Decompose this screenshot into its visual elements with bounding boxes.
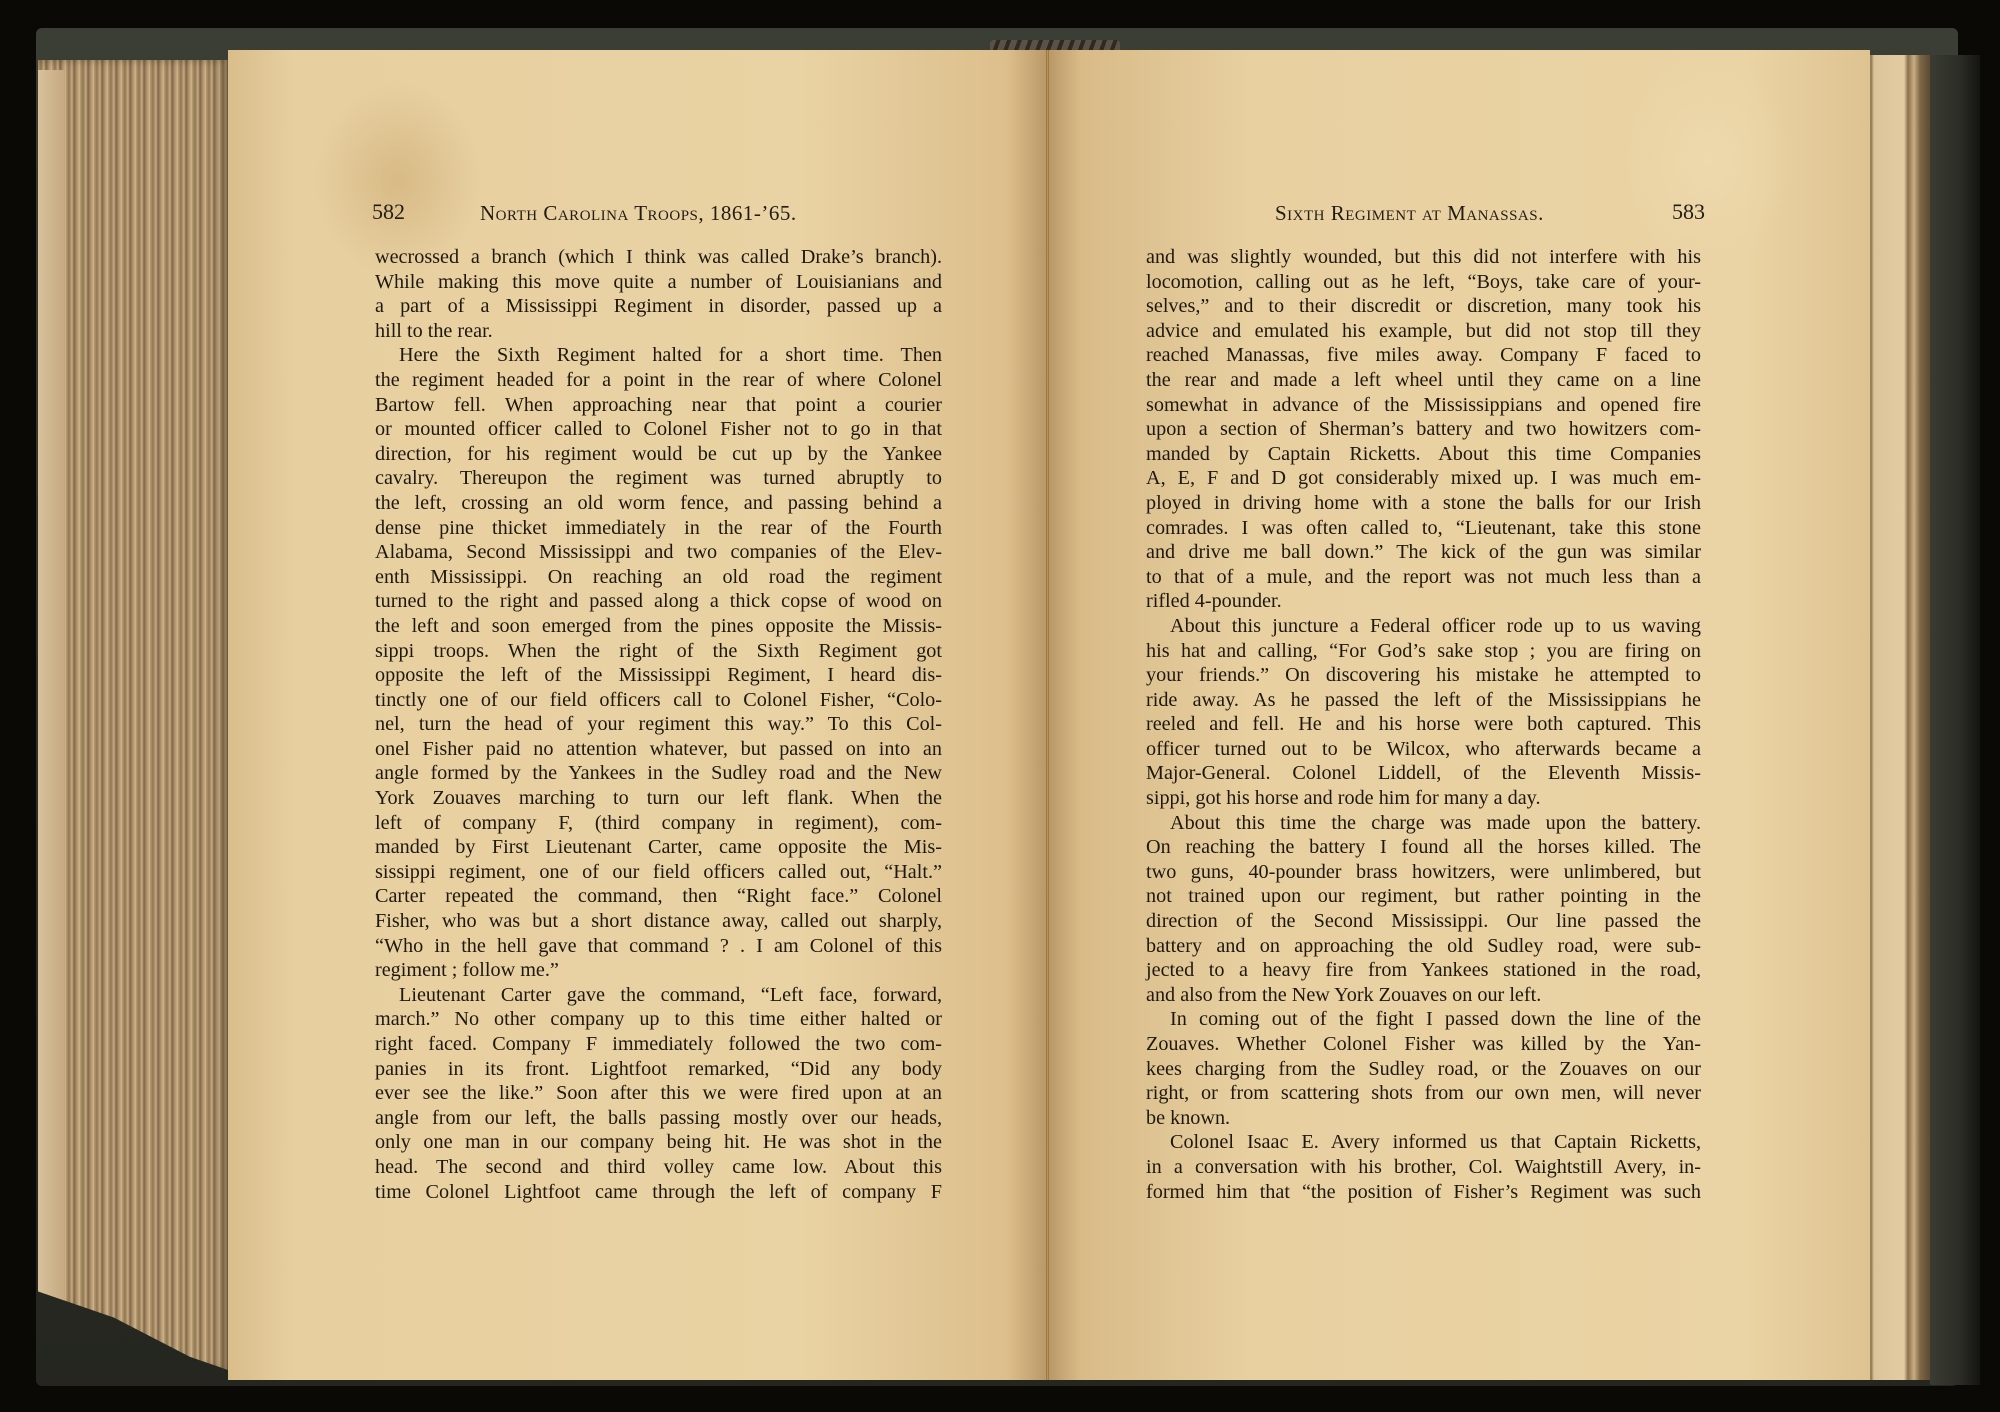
text-line: officer turned out to be Wilcox, who aft… (1146, 737, 1701, 762)
text-line: and drive me ball down.” The kick of the… (1146, 540, 1701, 565)
text-line: ployed in driving home with a stone the … (1146, 491, 1701, 516)
text-line: jected to a heavy fire from Yankees stat… (1146, 958, 1701, 983)
text-line: rifled 4-pounder. (1146, 589, 1701, 614)
text-line: head. The second and third volley came l… (375, 1155, 942, 1180)
text-line: onel Fisher paid no attention whatever, … (375, 737, 942, 762)
left-page-number: 582 (372, 199, 405, 225)
text-line: kees charging from the Sudley road, or t… (1146, 1057, 1701, 1082)
book-cover-edge (1930, 55, 1980, 1385)
text-line: sippi, got his horse and rode him for ma… (1146, 786, 1701, 811)
text-line: turned to the right and passed along a t… (375, 589, 942, 614)
text-line: Zouaves. Whether Colonel Fisher was kill… (1146, 1032, 1701, 1057)
text-line: advice and emulated his example, but did… (1146, 319, 1701, 344)
text-line: ride away. As he passed the left of the … (1146, 688, 1701, 713)
text-line: the rear and made a left wheel until the… (1146, 368, 1701, 393)
text-line: the regiment headed for a point in the r… (375, 368, 942, 393)
text-line: only one man in our company being hit. H… (375, 1130, 942, 1155)
right-running-head: Sixth Regiment at Manassas. (1275, 201, 1544, 226)
left-page-body: wecrossed a branch (which I think was ca… (375, 245, 942, 1204)
text-line: In coming out of the fight I passed down… (1146, 1007, 1701, 1032)
text-line: somewhat in advance of the Mississippian… (1146, 393, 1701, 418)
text-line: Fisher, who was but a short distance awa… (375, 909, 942, 934)
text-line: panies in its front. Lightfoot remarked,… (375, 1057, 942, 1082)
text-line: locomotion, calling out as he left, “Boy… (1146, 270, 1701, 295)
text-line: battery and on approaching the old Sudle… (1146, 934, 1701, 959)
outer-sheet (38, 70, 64, 1315)
text-line: in a conversation with his brother, Col.… (1146, 1155, 1701, 1180)
text-line: to that of a mule, and the report was no… (1146, 565, 1701, 590)
text-line: sippi troops. When the right of the Sixt… (375, 639, 942, 664)
text-line: A, E, F and D got considerably mixed up.… (1146, 466, 1701, 491)
text-line: York Zouaves marching to turn our left f… (375, 786, 942, 811)
text-line: not trained upon our regiment, but rathe… (1146, 884, 1701, 909)
text-line: Lieutenant Carter gave the command, “Lef… (375, 983, 942, 1008)
text-line: a part of a Mississippi Regiment in diso… (375, 294, 942, 319)
text-line: upon a section of Sherman’s battery and … (1146, 417, 1701, 442)
text-line: hill to the rear. (375, 319, 942, 344)
text-line: wecrossed a branch (which I think was ca… (375, 245, 942, 270)
text-line: About this juncture a Federal officer ro… (1146, 614, 1701, 639)
text-line: “Who in the hell gave that command ? . I… (375, 934, 942, 959)
text-line: angle from our left, the balls passing m… (375, 1106, 942, 1131)
text-line: reeled and fell. He and his horse were b… (1146, 712, 1701, 737)
gutter (1046, 50, 1049, 1380)
text-line: On reaching the battery I found all the … (1146, 835, 1701, 860)
text-line: Alabama, Second Mississippi and two comp… (375, 540, 942, 565)
text-line: About this time the charge was made upon… (1146, 811, 1701, 836)
text-line: Bartow fell. When approaching near that … (375, 393, 942, 418)
text-line: or mounted officer called to Colonel Fis… (375, 417, 942, 442)
text-line: tinctly one of our field officers call t… (375, 688, 942, 713)
text-line: reached Manassas, five miles away. Compa… (1146, 343, 1701, 368)
text-line: the left, crossing an old worm fence, an… (375, 491, 942, 516)
text-line: regiment ; follow me.” (375, 958, 942, 983)
text-line: While making this move quite a number of… (375, 270, 942, 295)
text-line: ever see the like.” Soon after this we w… (375, 1081, 942, 1106)
text-line: opposite the left of the Mississippi Reg… (375, 663, 942, 688)
text-line: dense pine thicket immediately in the re… (375, 516, 942, 541)
left-fore-edge-pages (38, 60, 228, 1370)
right-page-number: 583 (1672, 199, 1705, 225)
text-line: direction of the Second Mississippi. Our… (1146, 909, 1701, 934)
text-line: march.” No other company up to this time… (375, 1007, 942, 1032)
text-line: comrades. I was often called to, “Lieute… (1146, 516, 1701, 541)
text-line: two guns, 40-pounder brass howitzers, we… (1146, 860, 1701, 885)
text-line: your friends.” On discovering his mistak… (1146, 663, 1701, 688)
text-line: right faced. Company F immediately follo… (375, 1032, 942, 1057)
text-line: angle formed by the Yankees in the Sudle… (375, 761, 942, 786)
text-line: left of company F, (third company in reg… (375, 811, 942, 836)
text-line: his hat and calling, “For God’s sake sto… (1146, 639, 1701, 664)
text-line: Major-General. Colonel Liddell, of the E… (1146, 761, 1701, 786)
text-line: nel, turn the head of your regiment this… (375, 712, 942, 737)
text-line: enth Mississippi. On reaching an old roa… (375, 565, 942, 590)
text-line: Here the Sixth Regiment halted for a sho… (375, 343, 942, 368)
text-line: time Colonel Lightfoot came through the … (375, 1180, 942, 1205)
right-fore-edge-pages (1868, 55, 1930, 1380)
text-line: selves,” and to their discredit or discr… (1146, 294, 1701, 319)
text-line: Colonel Isaac E. Avery informed us that … (1146, 1130, 1701, 1155)
text-line: manded by Captain Ricketts. About this t… (1146, 442, 1701, 467)
right-page-body: and was slightly wounded, but this did n… (1146, 245, 1701, 1204)
text-line: Carter repeated the command, then “Right… (375, 884, 942, 909)
text-line: manded by First Lieutenant Carter, came … (375, 835, 942, 860)
text-line: sissippi regiment, one of our field offi… (375, 860, 942, 885)
text-line: cavalry. Thereupon the regiment was turn… (375, 466, 942, 491)
text-line: the left and soon emerged from the pines… (375, 614, 942, 639)
text-line: and also from the New York Zouaves on ou… (1146, 983, 1701, 1008)
text-line: direction, for his regiment would be cut… (375, 442, 942, 467)
left-running-head: North Carolina Troops, 1861-’65. (480, 201, 797, 226)
text-line: be known. (1146, 1106, 1701, 1131)
text-line: and was slightly wounded, but this did n… (1146, 245, 1701, 270)
text-line: formed him that “the position of Fisher’… (1146, 1180, 1701, 1205)
text-line: right, or from scattering shots from our… (1146, 1081, 1701, 1106)
